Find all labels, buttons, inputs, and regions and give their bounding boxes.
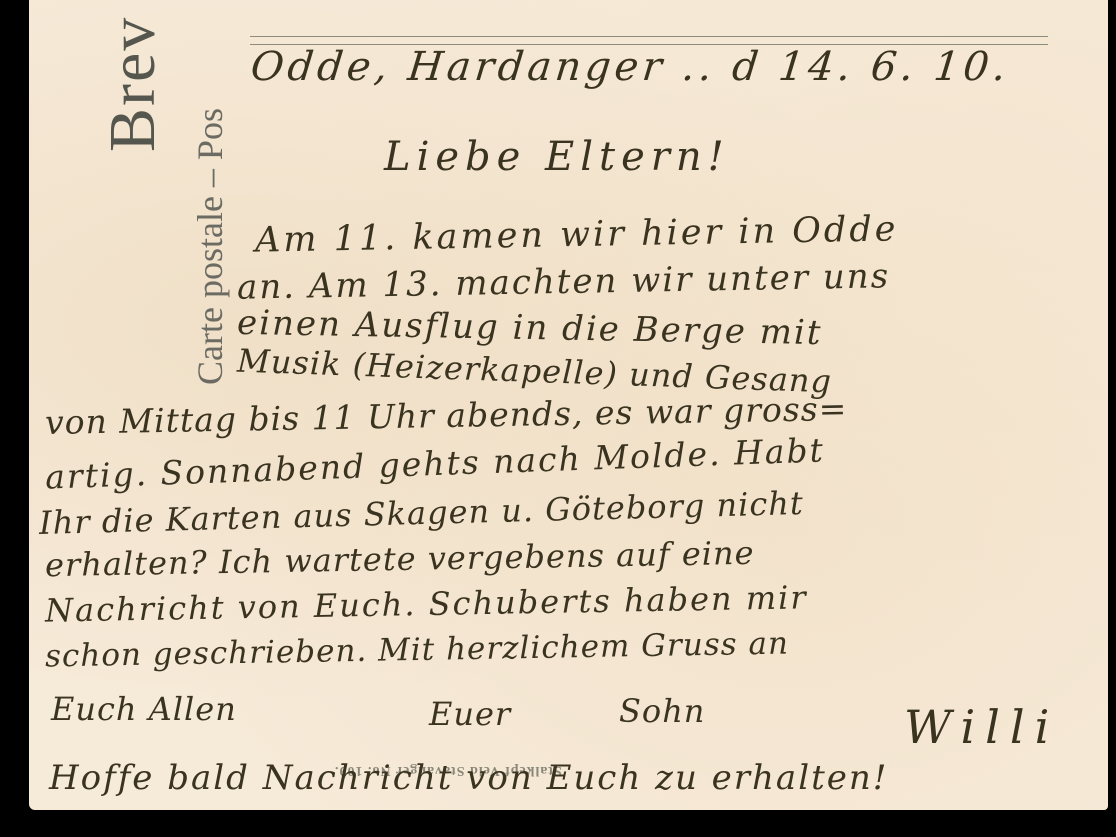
letter-line: an. Am 13. machten wir unter uns	[237, 256, 891, 307]
letter-line: schon geschrieben. Mit herzlichem Gruss …	[45, 626, 789, 675]
closing-sohn: Sohn	[619, 692, 705, 730]
closing-euch-allen: Euch Allen	[51, 690, 237, 728]
dateline: Odde, Hardanger .. d 14. 6. 10.	[249, 44, 1012, 90]
address-rule-top	[250, 36, 1048, 37]
letter-line: Am 11. kamen wir hier in Odde	[255, 209, 899, 260]
signature: Willi	[904, 700, 1059, 754]
letter-line: erhalten? Ich wartete vergebens auf eine	[45, 534, 755, 584]
postcard: Brev Carte postale – Pos Odde, Hardanger…	[29, 0, 1108, 810]
closing-euer: Euer	[429, 695, 511, 733]
letter-line: Nachricht von Euch. Schuberts haben mir	[45, 578, 808, 629]
salutation: Liebe Eltern!	[384, 134, 730, 180]
printed-subtitle-carte-postale: Carte postale – Pos	[189, 108, 231, 385]
printed-title-brev: Brev	[95, 16, 171, 152]
postscript: Hoffe bald Nachricht von Euch zu erhalte…	[49, 758, 888, 798]
